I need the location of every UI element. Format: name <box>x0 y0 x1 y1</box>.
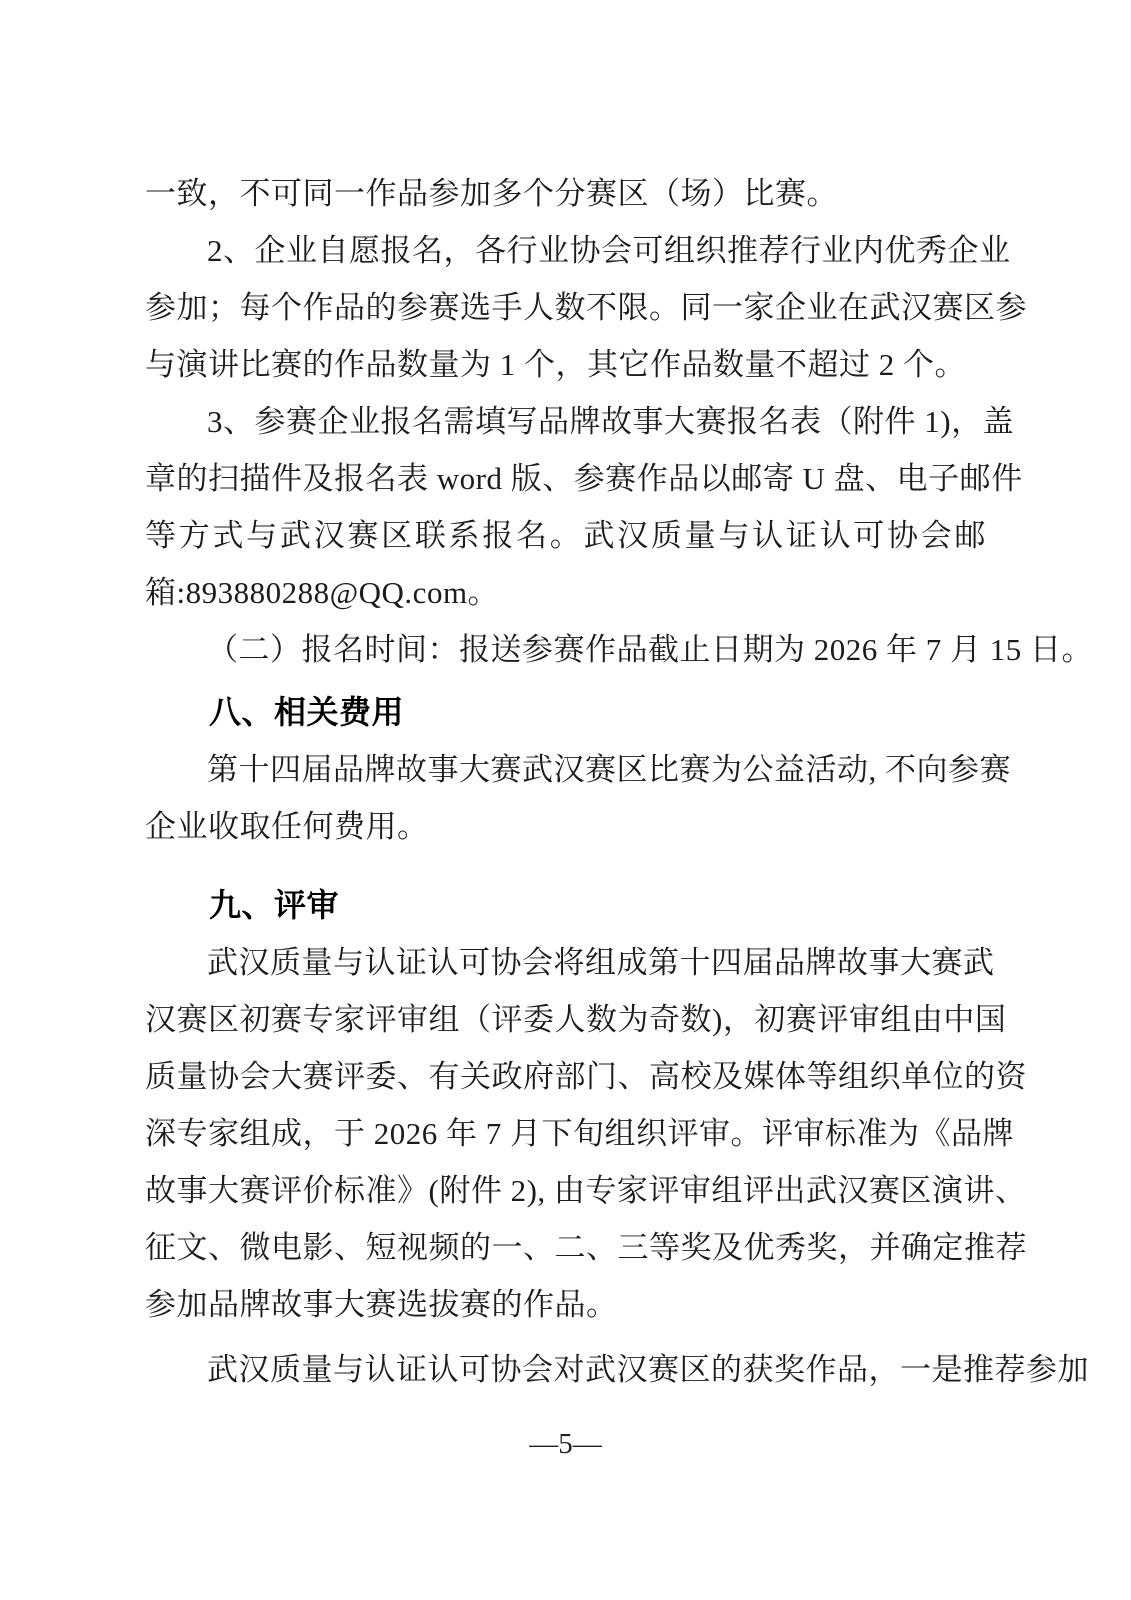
paragraph: 3、参赛企业报名需填写品牌故事大赛报名表（附件 1)，盖章的扫描件及报名表 wo… <box>145 393 986 621</box>
text-line: 3、参赛企业报名需填写品牌故事大赛报名表（附件 1)，盖 <box>145 393 986 450</box>
text-line: 质量协会大赛评委、有关政府部门、高校及媒体等组织单位的资 <box>145 1048 986 1105</box>
paragraph: 武汉质量与认证认可协会将组成第十四届品牌故事大赛武汉赛区初赛专家评审组（评委人数… <box>145 934 986 1333</box>
document-page: 一致，不可同一作品参加多个分赛区（场）比赛。2、企业自愿报名，各行业协会可组织推… <box>0 0 1131 1600</box>
text-line: 武汉质量与认证认可协会对武汉赛区的获奖作品，一是推荐参加 <box>145 1341 986 1398</box>
paragraph: （二）报名时间：报送参赛作品截止日期为 2026 年 7 月 15 日。 <box>145 621 986 678</box>
text-line: 参加品牌故事大赛选拔赛的作品。 <box>145 1276 986 1333</box>
text-line: 章的扫描件及报名表 word 版、参赛作品以邮寄 U 盘、电子邮件 <box>145 450 986 507</box>
text-line: 深专家组成，于 2026 年 7 月下旬组织评审。评审标准为《品牌 <box>145 1105 986 1162</box>
text-line: （二）报名时间：报送参赛作品截止日期为 2026 年 7 月 15 日。 <box>145 621 986 678</box>
text-line: 与演讲比赛的作品数量为 1 个，其它作品数量不超过 2 个。 <box>145 336 986 393</box>
text-line: 故事大赛评价标准》(附件 2), 由专家评审组评出武汉赛区演讲、 <box>145 1162 986 1219</box>
paragraph: 第十四届品牌故事大赛武汉赛区比赛为公益活动, 不向参赛企业收取任何费用。 <box>145 741 986 855</box>
paragraph: 2、企业自愿报名，各行业协会可组织推荐行业内优秀企业参加；每个作品的参赛选手人数… <box>145 222 986 393</box>
heading-text: 八、相关费用 <box>145 684 986 741</box>
text-line: 箱:893880288@QQ.com。 <box>145 564 986 621</box>
section-heading: 九、评审 <box>145 877 986 934</box>
document-body: 一致，不可同一作品参加多个分赛区（场）比赛。2、企业自愿报名，各行业协会可组织推… <box>145 165 986 1398</box>
text-line: 企业收取任何费用。 <box>145 798 986 855</box>
heading-text: 九、评审 <box>145 877 986 934</box>
text-line: 2、企业自愿报名，各行业协会可组织推荐行业内优秀企业 <box>145 222 986 279</box>
section-heading: 八、相关费用 <box>145 684 986 741</box>
paragraph: 一致，不可同一作品参加多个分赛区（场）比赛。 <box>145 165 986 222</box>
text-line: 武汉质量与认证认可协会将组成第十四届品牌故事大赛武 <box>145 934 986 991</box>
text-line: 一致，不可同一作品参加多个分赛区（场）比赛。 <box>145 165 986 222</box>
page-number: —5— <box>529 1428 602 1460</box>
text-line: 第十四届品牌故事大赛武汉赛区比赛为公益活动, 不向参赛 <box>145 741 986 798</box>
text-line: 征文、微电影、短视频的一、二、三等奖及优秀奖，并确定推荐 <box>145 1219 986 1276</box>
text-line: 参加；每个作品的参赛选手人数不限。同一家企业在武汉赛区参 <box>145 279 986 336</box>
paragraph: 武汉质量与认证认可协会对武汉赛区的获奖作品，一是推荐参加 <box>145 1341 986 1398</box>
text-line: 汉赛区初赛专家评审组（评委人数为奇数)，初赛评审组由中国 <box>145 991 986 1048</box>
text-line: 等方式与武汉赛区联系报名。武汉质量与认证认可协会邮 <box>145 507 986 564</box>
page-footer: —5— <box>0 1424 1131 1464</box>
